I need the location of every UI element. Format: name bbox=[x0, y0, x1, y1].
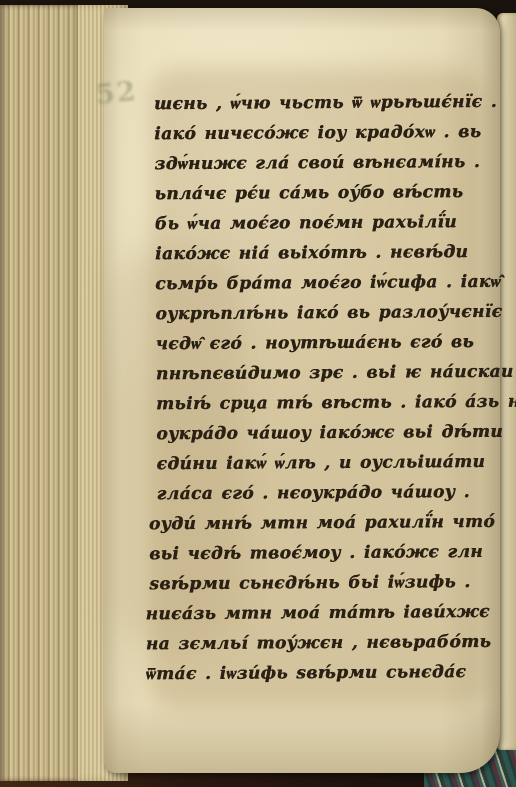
manuscript-line: іако́жє ніа́ вьіхо́тѣ . нєвѣ́ди bbox=[155, 237, 491, 269]
manuscript-line: ѿта́є . іѡзи́фь ѕвѣ́рми сьнєда́є bbox=[146, 657, 494, 689]
manuscript-line: ниєа́зь мтн моа́ та́тѣ іави́хжє bbox=[145, 597, 493, 629]
manuscript-line: гла́са єго́ . нєоукра́до ча́шоу . bbox=[157, 477, 493, 509]
manuscript-page: 52 шєнь , ѡ́чю чьсть ѿ ѡрьѣшє́нїє . іако… bbox=[104, 8, 500, 773]
page-stack-fore-edge bbox=[0, 5, 78, 781]
manuscript-line: вьі чєдѣ́ твоє́моу . іако́жє глн bbox=[149, 537, 493, 569]
manuscript-line: тьіѣ́ срца тѣ́ вѣсть . іако́ а́зь нє bbox=[156, 387, 492, 419]
manuscript-line: бь ѡ́ча моє́го поє́мн рахьілї́и bbox=[155, 207, 491, 239]
manuscript-line: на зємльі́ тоу́жєн , нєвьрабо́ть bbox=[146, 627, 494, 659]
manuscript-line: чєдѡ̂ єго́ . ноутѣша́єнь єго́ вь bbox=[156, 327, 492, 359]
manuscript-line: оуди́ мнѣ́ мтн моа́ рахилї́н что́ bbox=[149, 507, 493, 539]
manuscript-line: оукрѣплѣ́нь іако́ вь разлоу́чєнїє bbox=[155, 297, 491, 329]
manuscript-line: здѡ́нижє гла́ свои́ вѣнєамі́нь . bbox=[154, 147, 490, 179]
manuscript-line: оукра́до ча́шоу іако́жє вьі дѣ́ти bbox=[156, 417, 492, 449]
manuscript-line: іако́ ничєсо́жє іоу крадо́хѡ . вь bbox=[154, 117, 490, 149]
book-photo: 52 шєнь , ѡ́чю чьсть ѿ ѡрьѣшє́нїє . іако… bbox=[0, 0, 516, 787]
manuscript-text-block: шєнь , ѡ́чю чьсть ѿ ѡрьѣшє́нїє . іако́ н… bbox=[154, 87, 494, 689]
manuscript-line: пнѣпєви́димо зрє . вьі ѥ на́искаи bbox=[156, 357, 492, 389]
manuscript-line: сьмр́ь бра́та моє́го іѡ́сифа . іакѡ̂ bbox=[155, 267, 491, 299]
manuscript-line: ьпла́чє рє́и са́мь оу́бо вѣ́сть bbox=[155, 177, 491, 209]
manuscript-line: ѕвѣ́рми сьнєдѣ́нь бьі іѡ́зифь . bbox=[149, 567, 493, 599]
manuscript-line: єди́ни іакѡ́ ѡ́лѣ , и оусльіша́ти bbox=[156, 447, 492, 479]
manuscript-line: шєнь , ѡ́чю чьсть ѿ ѡрьѣшє́нїє . bbox=[154, 87, 490, 119]
folio-stamp: 52 bbox=[95, 78, 139, 109]
